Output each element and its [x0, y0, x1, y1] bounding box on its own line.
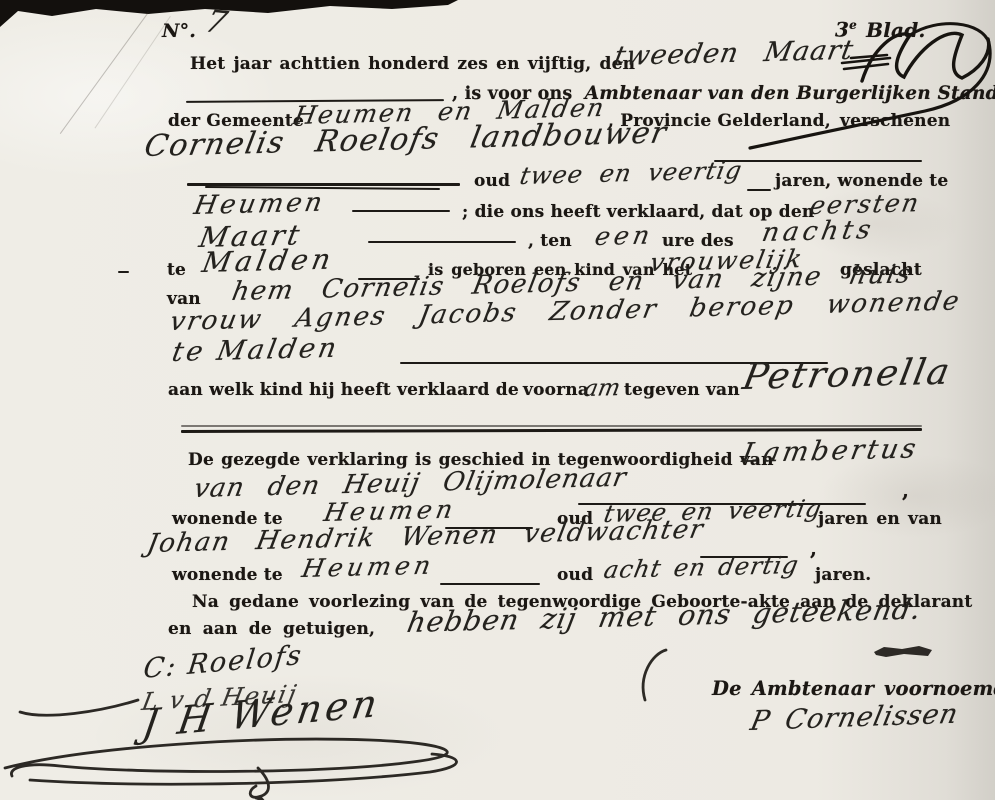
paper-crease	[60, 12, 149, 134]
line12-handwritten-am: am	[582, 377, 622, 401]
witness2-printed-oud: oud	[557, 567, 593, 584]
line12-printed: aan welk kind hij heeft verklaard de	[168, 382, 519, 399]
witness2-printed-jaren: jaren.	[815, 567, 871, 584]
line12-printed-tegeven: tegeven van	[624, 382, 740, 399]
line1-printed: Het jaar achttien honderd zes en vijftig…	[190, 56, 635, 73]
witness1-handwritten-name: Lambertus	[740, 435, 921, 467]
line7-printed-ten: , ten	[528, 233, 572, 250]
signature-official: P Cornelissen	[748, 701, 961, 735]
dash-rule	[747, 189, 771, 191]
witness2-comma: ,	[810, 538, 817, 558]
line7-handwritten-hour: een	[593, 222, 656, 249]
margin-dash	[118, 271, 129, 273]
paraaf-flourish	[700, 15, 995, 160]
witness2-handwritten-age: acht en dertig	[602, 553, 801, 582]
witness2-printed-wonende: wonende te	[172, 567, 283, 584]
section-divider	[181, 425, 922, 427]
line5-handwritten-age: twee en veertig	[518, 158, 744, 188]
blank-line-rule	[440, 583, 540, 585]
witness2-handwritten-residence: Heumen	[300, 553, 437, 581]
line7-handwritten-nachts: nachts	[760, 217, 877, 246]
line6-handwritten-residence: Heumen	[192, 190, 327, 219]
blank-line-rule	[368, 241, 516, 243]
section-divider	[181, 428, 922, 432]
scan-edge-top	[0, 0, 462, 30]
ink-smudge	[874, 646, 932, 657]
line11-handwritten-place: te Malden	[170, 335, 341, 366]
act-number-label: N°.	[162, 22, 196, 41]
line12-printed-voorna: voorna	[523, 382, 589, 399]
line6-printed: ; die ons heeft verklaard, dat op den	[462, 204, 814, 221]
signature-flourish	[0, 628, 670, 800]
witness1-printed-jaren: jaren en van	[818, 511, 942, 528]
line5-printed-oud: oud	[474, 173, 510, 190]
line12-handwritten-childname: Petronella	[740, 355, 954, 396]
act-number-value: 7	[202, 7, 230, 39]
blank-line-rule	[352, 210, 450, 212]
line8-printed-te: te	[167, 262, 186, 279]
witness1-comma: ,	[902, 480, 909, 500]
birth-certificate-scan: N°. 7 3e Blad. Het jaar achttien honderd…	[0, 0, 995, 800]
line6-handwritten-day: eersten	[808, 190, 923, 218]
official-title: De Ambtenaar voornoemd,	[712, 679, 995, 699]
line8-handwritten-place: Malden	[200, 246, 337, 277]
blank-line-rule	[714, 160, 922, 162]
